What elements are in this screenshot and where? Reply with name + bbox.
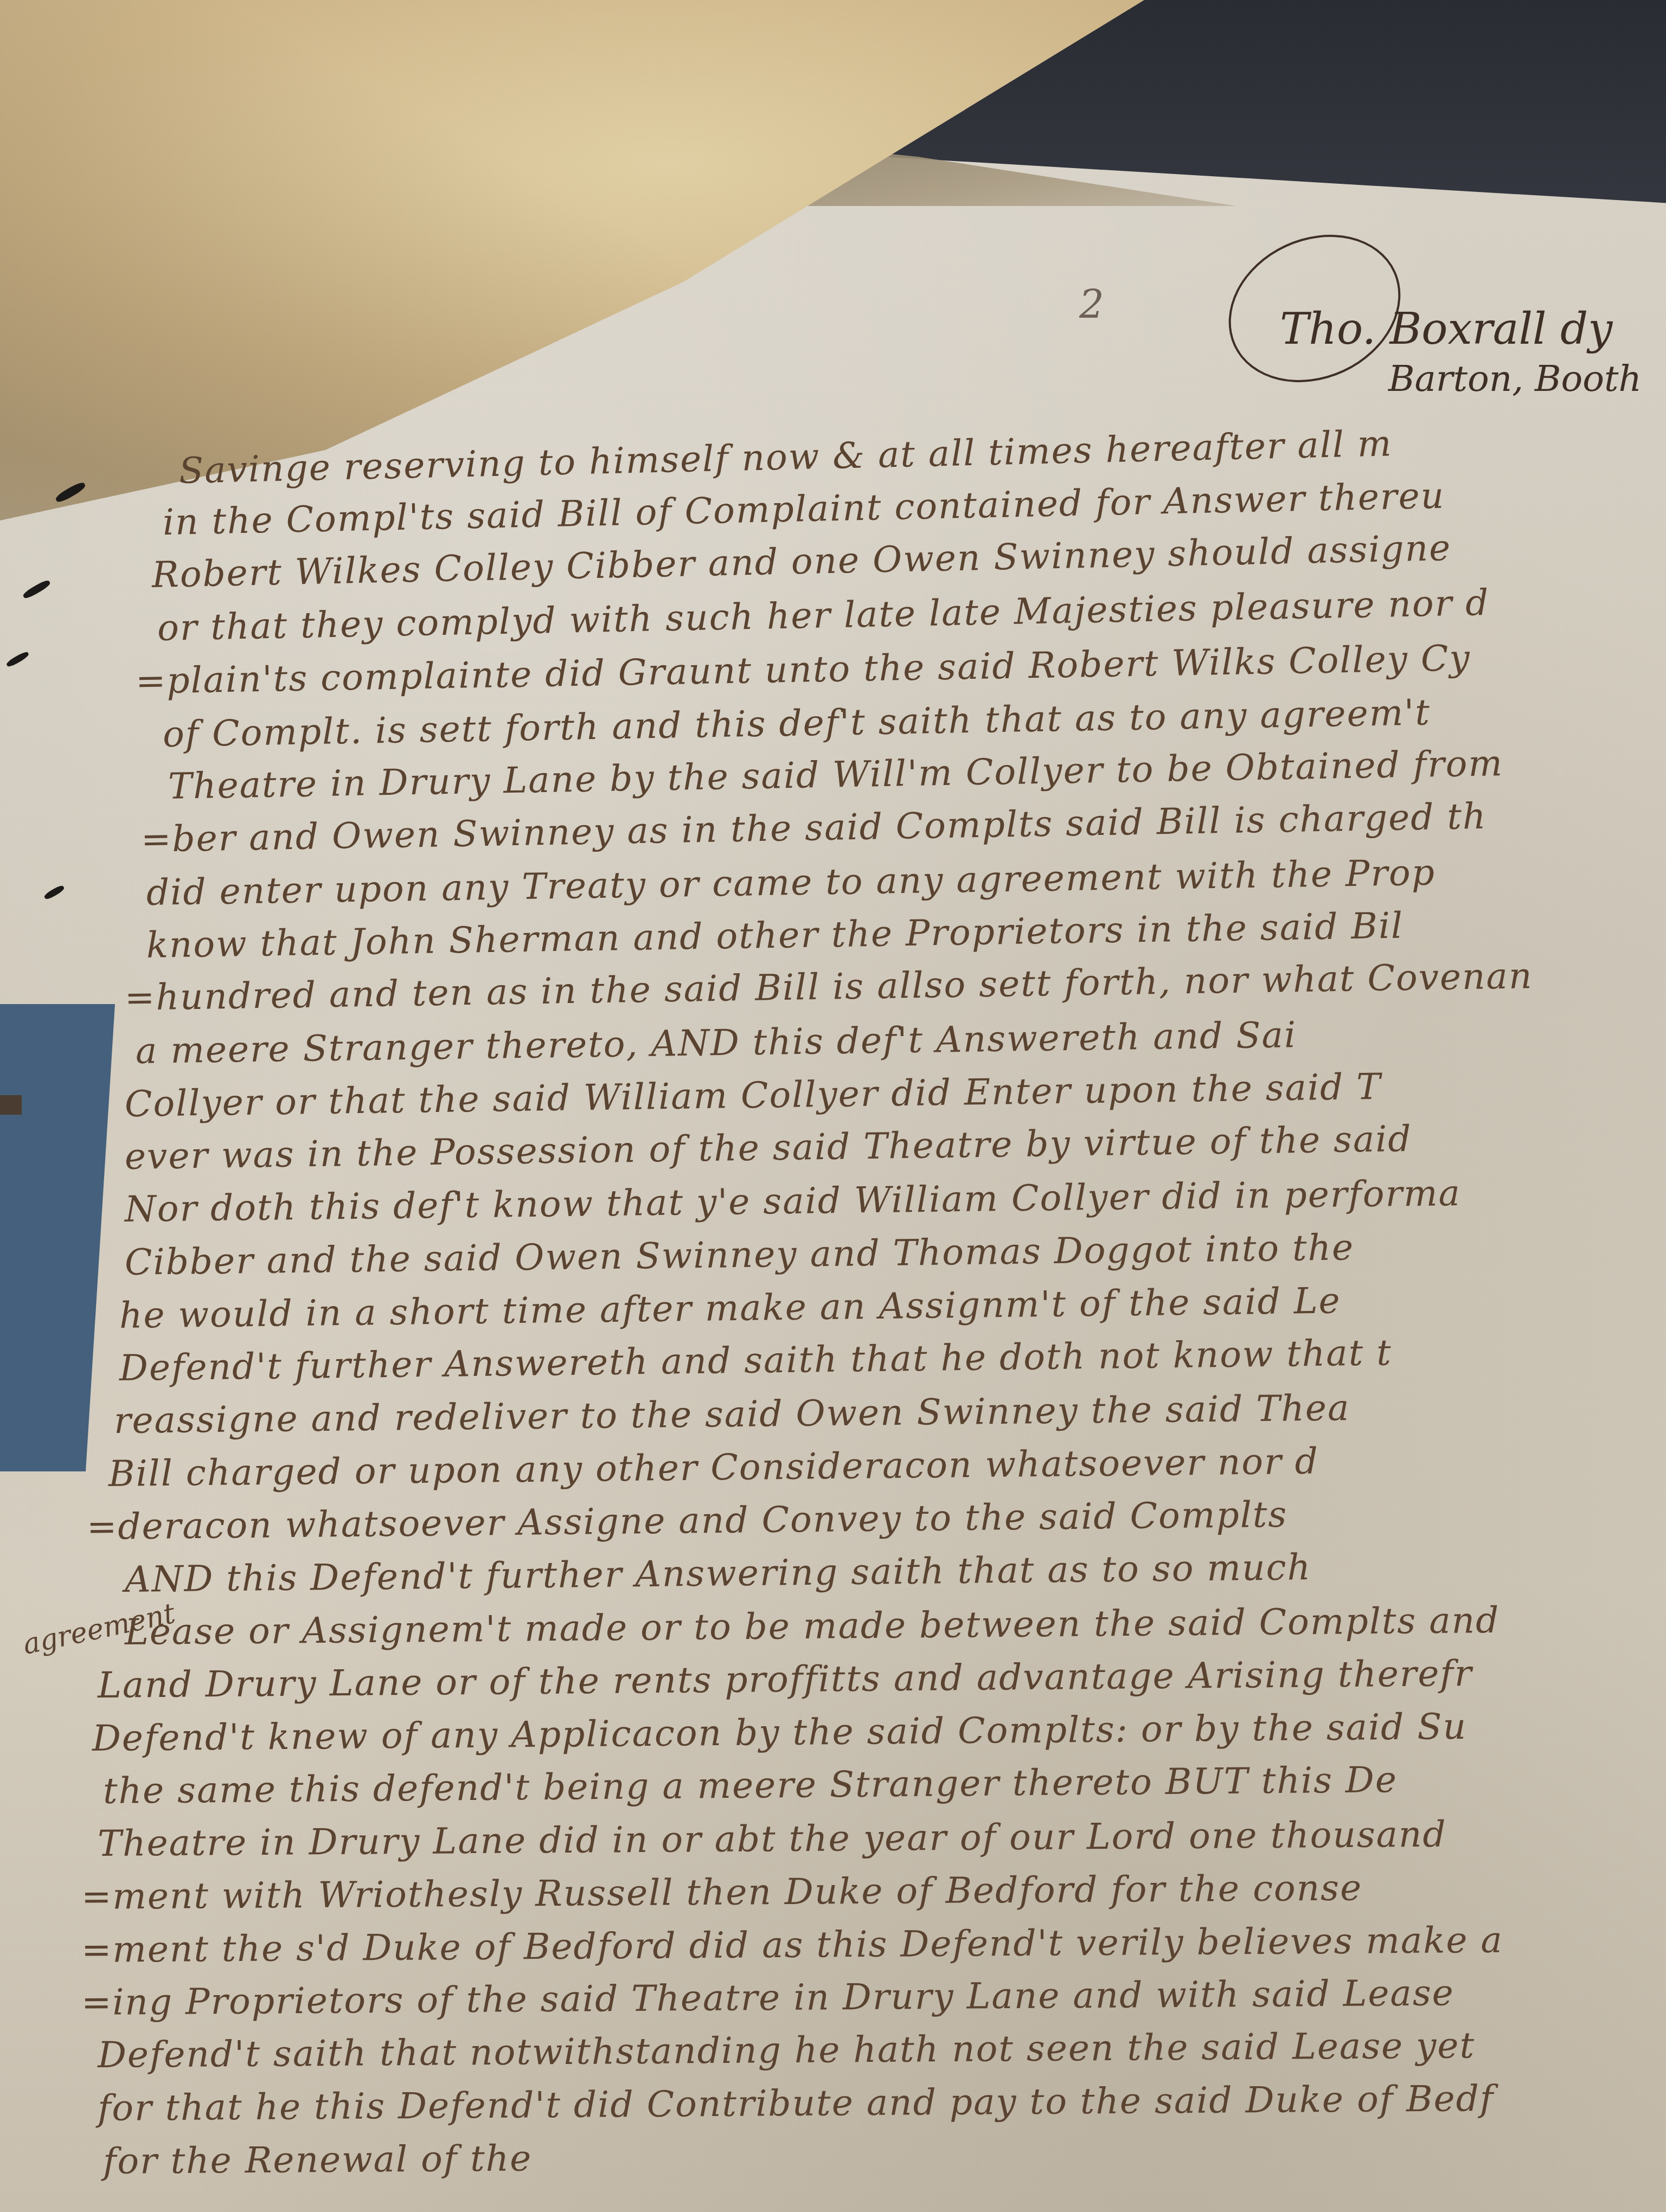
manuscript-line: =ment with Wriothesly Russell then Duke … [81, 1867, 1363, 1918]
signature-name: Tho. Boxrall dy [1280, 304, 1613, 354]
manuscript-line: for the Renewal of the [103, 2137, 533, 2182]
folio-number: 2 [1079, 282, 1104, 327]
panel-tab [0, 1095, 22, 1115]
signature-subline: Barton, Booth [1388, 358, 1642, 400]
